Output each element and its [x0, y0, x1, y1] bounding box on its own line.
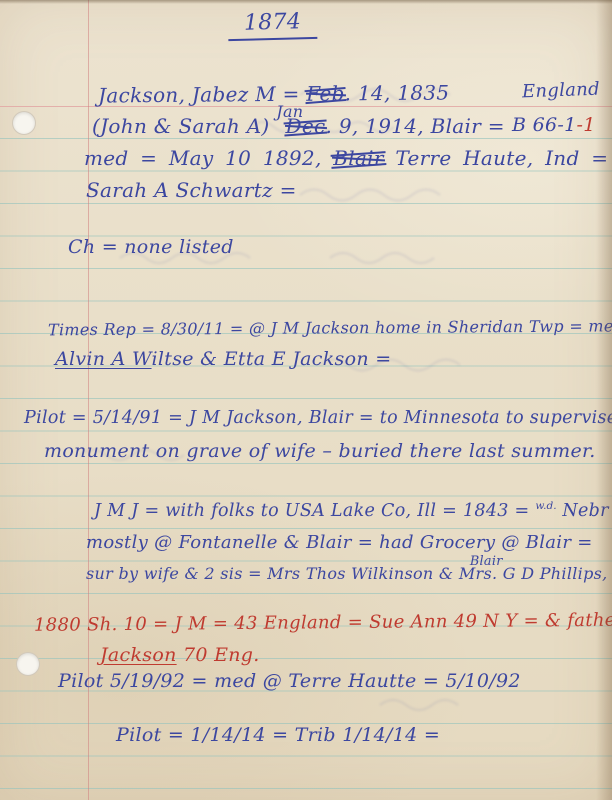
pilot-1892-note-line: Pilot 5/19/92 = med @ Terre Hautte = 5/1…: [58, 670, 521, 692]
name-birth-post: . 14, 1835: [345, 80, 450, 105]
history-line-1-pre: J M J = with folks to USA Lake Co, Ill =…: [94, 501, 535, 521]
history-line-1: J M J = with folks to USA Lake Co, Ill =…: [94, 500, 612, 521]
children-line: Ch = none listed: [68, 236, 234, 258]
punch-hole-bottom: [16, 652, 40, 676]
struck-death-month: Dec: [286, 114, 326, 138]
parents-names: (John & Sarah A): [92, 114, 270, 138]
witness-underlined: Alvin A W: [55, 348, 152, 370]
census-surname-underlined: Jackson: [100, 644, 177, 666]
punch-hole-top: [12, 111, 36, 135]
pilot-1891-note-line-1: Pilot = 5/14/91 = J M Jackson, Blair = t…: [24, 408, 612, 428]
history-superscript: w.d.: [535, 500, 556, 512]
pink-rule-line: [0, 106, 612, 107]
history-line-3-post: & Mrs. G D Phillips, Columbus: [439, 564, 612, 583]
witness-line: Alvin A Wiltse & Etta E Jackson =: [55, 348, 391, 370]
struck-birth-month: Feb: [306, 81, 345, 105]
inserted-place: Blair: [470, 554, 503, 569]
marriage-post: Terre Haute, Ind =: [384, 146, 609, 170]
census-1880-line-2: Jackson 70 Eng.: [100, 644, 260, 666]
death-date-place: . 9, 1914, Blair =: [326, 114, 505, 138]
pilot-1914-note-line: Pilot = 1/14/14 = Trib 1/14/14 =: [116, 724, 440, 746]
struck-marriage-place: Blair: [333, 146, 383, 170]
file-reference-red: -1: [577, 114, 596, 136]
witness-rest: iltse & Etta E Jackson =: [152, 348, 392, 370]
parents-death-line: (John & Sarah A)JanDec. 9, 1914, Blair =: [92, 114, 505, 138]
census-line-2-rest: 70 Eng.: [177, 644, 260, 666]
birthplace-note: England: [522, 79, 601, 103]
pilot-1891-note-line-2: monument on grave of wife – buried there…: [44, 440, 596, 462]
file-reference-blue: B 66-1: [512, 114, 577, 136]
page-title: 1874: [228, 10, 317, 40]
spouse-line: Sarah A Schwartz =: [86, 178, 297, 202]
history-line-3-pre: sur by wife & 2 sis = Mrs Thos Wilkinson: [86, 564, 439, 583]
marriage-pre: med = May 10 1892,: [84, 146, 333, 170]
scanned-note-page: 1874 Jackson, Jabez M = Feb. 14, 1835 En…: [0, 0, 612, 800]
name-birth-line: Jackson, Jabez M = Feb. 14, 1835: [98, 80, 450, 107]
paper-top-edge: [0, 0, 612, 4]
history-line-2: mostly @ Fontanelle & Blair = had Grocer…: [86, 532, 593, 553]
death-month-correction: JanDec: [270, 114, 326, 138]
file-reference: B 66-1-1: [512, 114, 596, 136]
history-line-3: sur by wife & 2 sis = Mrs Thos Wilkinson…: [86, 564, 612, 583]
page-title-text: 1874: [228, 9, 318, 41]
marriage-line: med = May 10 1892, Blair Terre Haute, In…: [84, 146, 608, 170]
inserted-place-correction: Blair & Mrs. G D Phillips, Columbus: [439, 564, 612, 583]
times-rep-note-line: Times Rep = 8/30/11 = @ J M Jackson home…: [48, 316, 612, 340]
paper-right-edge-shadow: [596, 0, 612, 800]
